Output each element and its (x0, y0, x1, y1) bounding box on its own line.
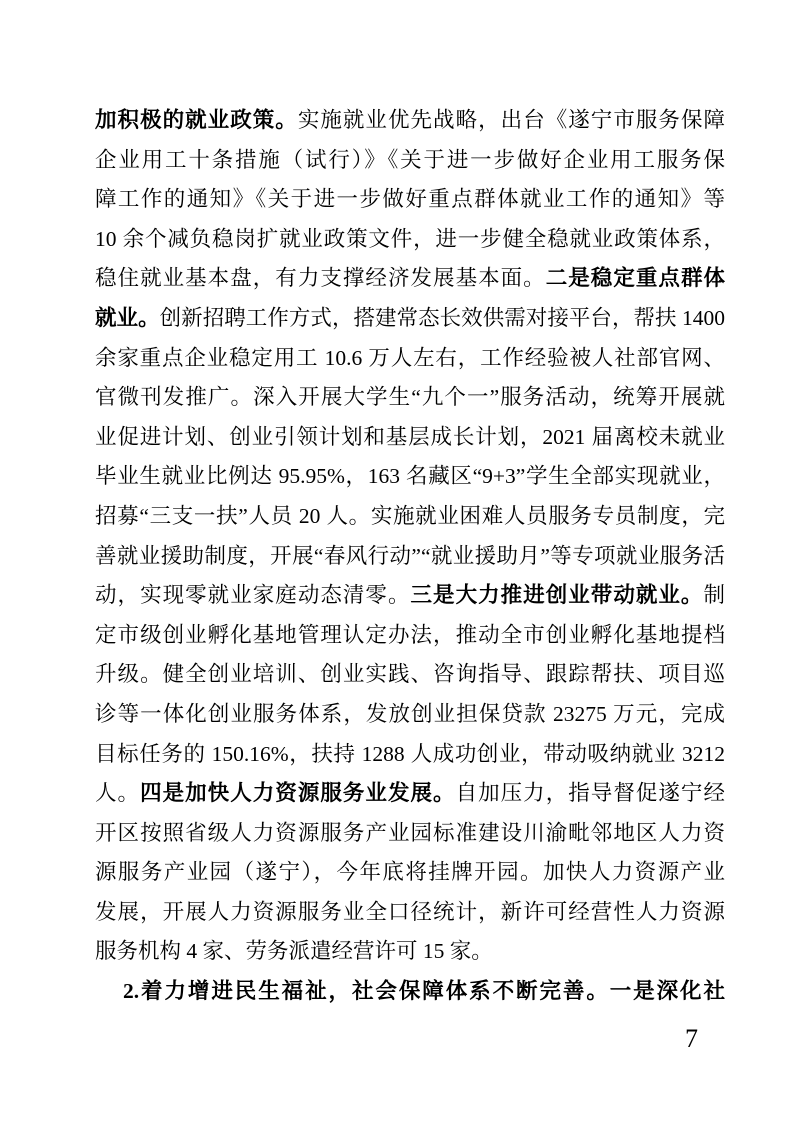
text-line: 开区按照省级人力资源服务产业园标准建设川渝毗邻地区人力资 (95, 814, 725, 854)
text-line: 障工作的通知》《关于进一步做好重点群体就业工作的通知》等 (95, 180, 725, 220)
text-line: 10 余个减负稳岗扩就业政策文件，进一步健全稳就业政策体系， (95, 220, 725, 260)
text-line: 服务机构 4 家、劳务派遣经营许可 15 家。 (95, 932, 725, 972)
text-run: 实施就业优先战略，出台《遂宁市服务保障 (298, 108, 725, 132)
text-line: 企业用工十条措施（试行）》《关于进一步做好企业用工服务保 (95, 141, 725, 181)
page-number: 7 (685, 1024, 698, 1054)
text-run: 毕业生就业比例达 95.95%，163 名藏区“9+3”学生全部实现就业， (95, 464, 725, 488)
text-line: 发展，开展人力资源服务业全口径统计，新许可经营性人力资源 (95, 893, 725, 933)
text-run: 招募“三支一扶”人员 20 人。实施就业困难人员服务专员制度，完 (95, 504, 725, 528)
text-line: 善就业援助制度，开展“春风行动”“就业援助月”等专项就业服务活 (95, 537, 725, 577)
text-line: 源服务产业园（遂宁），今年底将挂牌开园。加快人力资源产业 (95, 853, 725, 893)
text-line: 动，实现零就业家庭动态清零。三是大力推进创业带动就业。制 (95, 576, 725, 616)
text-run: 诊等一体化创业服务体系，发放创业担保贷款 23275 万元，完成 (95, 702, 725, 726)
text-run: 障工作的通知》《关于进一步做好重点群体就业工作的通知》等 (95, 187, 725, 211)
text-run: 服务机构 4 家、劳务派遣经营许可 15 家。 (95, 939, 493, 963)
text-run: 自加压力，指导督促遂宁经 (456, 781, 725, 805)
text-run-bold: 四是加快人力资源服务业发展。 (140, 781, 456, 805)
text-run: 稳住就业基本盘，有力支撑经济发展基本面。 (95, 266, 546, 290)
text-line: 升级。健全创业培训、创业实践、咨询指导、跟踪帮扶、项目巡 (95, 655, 725, 695)
text-run: 善就业援助制度，开展“春风行动”“就业援助月”等专项就业服务活 (95, 544, 725, 568)
document-page: 加积极的就业政策。实施就业优先战略，出台《遂宁市服务保障企业用工十条措施（试行）… (0, 0, 793, 1122)
text-run: 业促进计划、创业引领计划和基层成长计划，2021 届离校未就业 (95, 425, 725, 449)
document-body: 加积极的就业政策。实施就业优先战略，出台《遂宁市服务保障企业用工十条措施（试行）… (95, 101, 725, 1012)
text-line: 就业。创新招聘工作方式，搭建常态长效供需对接平台，帮扶 1400 (95, 299, 725, 339)
text-run: 发展，开展人力资源服务业全口径统计，新许可经营性人力资源 (95, 900, 725, 924)
text-line: 诊等一体化创业服务体系，发放创业担保贷款 23275 万元，完成 (95, 695, 725, 735)
text-run: 源服务产业园（遂宁），今年底将挂牌开园。加快人力资源产业 (95, 860, 725, 884)
text-run: 升级。健全创业培训、创业实践、咨询指导、跟踪帮扶、项目巡 (95, 662, 725, 686)
text-line: 业促进计划、创业引领计划和基层成长计划，2021 届离校未就业 (95, 418, 725, 458)
text-run-bold: 2.着力增进民生福祉，社会保障体系不断完善。一是深化社 (123, 979, 725, 1003)
text-run: 目标任务的 150.16%，扶持 1288 人成功创业，带动吸纳就业 3212 (95, 742, 725, 766)
text-line: 余家重点企业稳定用工 10.6 万人左右，工作经验被人社部官网、 (95, 339, 725, 379)
text-run-bold: 就业。 (95, 306, 160, 330)
text-run: 10 余个减负稳岗扩就业政策文件，进一步健全稳就业政策体系， (95, 227, 725, 251)
text-line: 定市级创业孵化基地管理认定办法，推动全市创业孵化基地提档 (95, 616, 725, 656)
text-run: 制 (703, 583, 725, 607)
text-line: 招募“三支一扶”人员 20 人。实施就业困难人员服务专员制度，完 (95, 497, 725, 537)
text-run: 创新招聘工作方式，搭建常态长效供需对接平台，帮扶 1400 (160, 306, 725, 330)
text-line: 稳住就业基本盘，有力支撑经济发展基本面。二是稳定重点群体 (95, 259, 725, 299)
text-line: 毕业生就业比例达 95.95%，163 名藏区“9+3”学生全部实现就业， (95, 457, 725, 497)
text-line: 目标任务的 150.16%，扶持 1288 人成功创业，带动吸纳就业 3212 (95, 735, 725, 775)
text-run: 人。 (95, 781, 140, 805)
text-run-bold: 三是大力推进创业带动就业。 (411, 583, 704, 607)
text-run: 余家重点企业稳定用工 10.6 万人左右，工作经验被人社部官网、 (95, 346, 725, 370)
text-run-bold: 二是稳定重点群体 (546, 266, 725, 290)
text-run: 动，实现零就业家庭动态清零。 (95, 583, 411, 607)
text-run: 官微刊发推广。深入开展大学生“九个一”服务活动，统筹开展就 (95, 385, 725, 409)
text-run: 定市级创业孵化基地管理认定办法，推动全市创业孵化基地提档 (95, 623, 725, 647)
text-run-bold: 加积极的就业政策。 (95, 108, 298, 132)
text-line: 2.着力增进民生福祉，社会保障体系不断完善。一是深化社 (95, 972, 725, 1012)
text-line: 加积极的就业政策。实施就业优先战略，出台《遂宁市服务保障 (95, 101, 725, 141)
text-run: 企业用工十条措施（试行）》《关于进一步做好企业用工服务保 (95, 148, 725, 172)
text-run: 开区按照省级人力资源服务产业园标准建设川渝毗邻地区人力资 (95, 821, 725, 845)
text-line: 人。四是加快人力资源服务业发展。自加压力，指导督促遂宁经 (95, 774, 725, 814)
text-line: 官微刊发推广。深入开展大学生“九个一”服务活动，统筹开展就 (95, 378, 725, 418)
